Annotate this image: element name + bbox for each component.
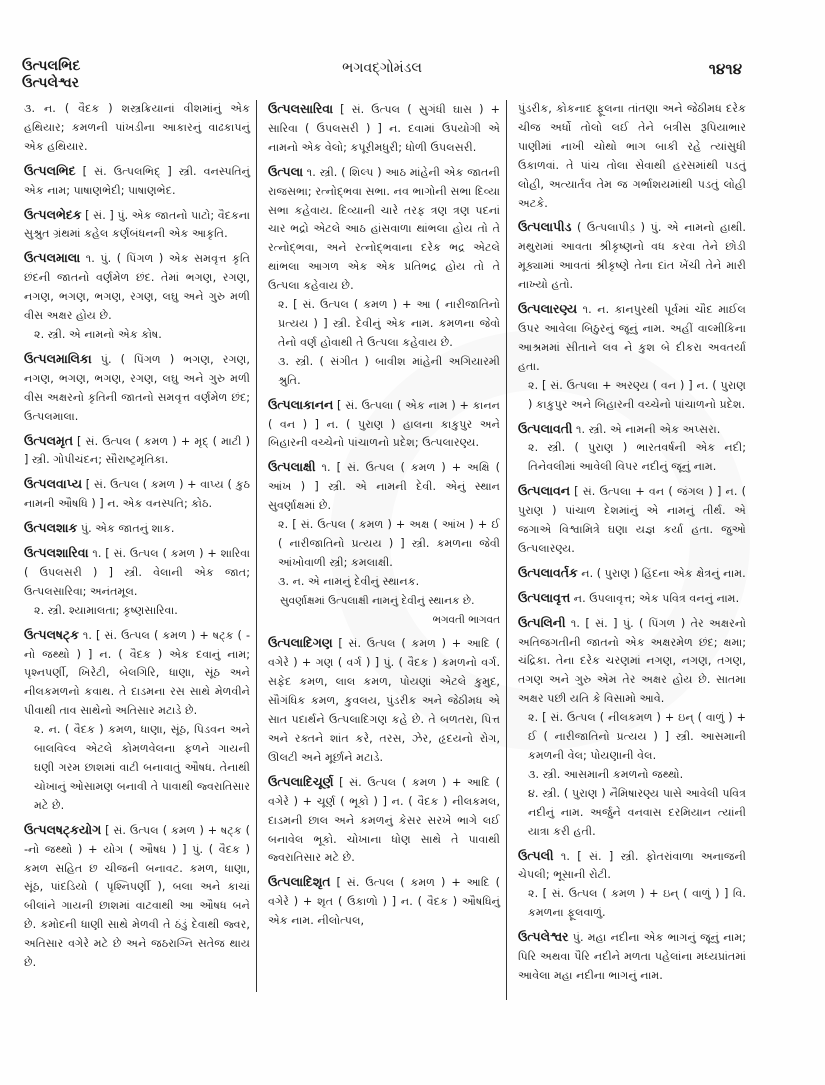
- dictionary-page: ઉત્પલભિદ ઉત્પલેશ્વર ભગવદ્ગોમંડલ ૧૪૧૪ ૩. …: [0, 0, 825, 1085]
- entry-sense: ૪. સ્ત્રી. ( પુરાણ ) નૈમિષારણ્ય પાસે આવે…: [518, 785, 746, 842]
- entry-headword: ઉત્પલભિદ: [24, 163, 76, 178]
- column-1: ૩. ન. ( વૈદક ) શસ્ત્રક્રિયાનાં વીશમાંનું…: [24, 100, 250, 978]
- column-divider: [506, 100, 507, 1000]
- dictionary-entry: ઉત્પલાવર્તક ન. ( પુરાણ ) હિંદના એક ક્ષેત…: [518, 564, 746, 584]
- entry-headword: ઉત્પલી: [518, 848, 554, 863]
- entry-headword: ઉત્પલષટ્ક: [24, 627, 79, 642]
- page-number: ૧૪૧૪: [709, 60, 742, 78]
- entry-sense: ૨. [ સં. ઉત્પલા + અરણ્ય ( વન ) ] ન. ( પુ…: [518, 377, 746, 415]
- entry-sense: ૨. ન. ( વૈદક ) કમળ, ધાણા, સૂંઠ, પિડવન અન…: [24, 721, 250, 816]
- entry-headword: ઉત્પલાવૃત્ત: [518, 590, 570, 605]
- dictionary-entry: ઉત્પલાદિગણ [ સં. ઉત્પલ ( કમળ ) + આદિ ( વ…: [268, 634, 500, 767]
- dictionary-entry: ઉત્પલાપીડ ( ઉત્પલાપીડ઼ ) પું. એ નામનો હા…: [518, 218, 746, 295]
- entry-headword: ઉત્પલાવન: [518, 483, 570, 498]
- guide-word-last: ઉત્પલેશ્વર: [22, 75, 80, 92]
- entry-headword: ઉત્પલભેદક: [24, 207, 82, 222]
- entry-headword: ઉત્પલસારિવા: [268, 101, 333, 116]
- entry-headword: ઉત્પલમૃત: [24, 433, 73, 448]
- entry-definition: પુંડરીક, કોકનાદ ફૂલના તાંતણા અને જેઠીમધ …: [518, 100, 746, 213]
- dictionary-entry: ૩. ન. ( વૈદક ) શસ્ત્રક્રિયાનાં વીશમાંનું…: [24, 100, 250, 157]
- dictionary-entry: ઉત્પલવાપ્ય [ સં. ઉત્પલ ( કમળ ) + વાપ્ય (…: [24, 475, 250, 514]
- entry-headword: ઉત્પલાદિગણ: [268, 635, 333, 650]
- dictionary-entry: ઉત્પલમાલિકા પું. ( પિંગળ ) ભગણ, રગણ, નગણ…: [24, 350, 250, 427]
- dictionary-entry: ઉત્પલષટ્ક ૧. [ સં. ઉત્પલ ( કમળ ) + ષટ્ક …: [24, 626, 250, 816]
- entry-sense: ૨. [ સં. ઉત્પલ ( કમળ ) + આ ( નારીજાતિનો …: [268, 296, 500, 353]
- entry-sense: ૨. [ સં. ઉત્પલ ( કમળ ) + ઇન્ ( વાળું ) ]…: [518, 885, 746, 923]
- dictionary-entry: પુંડરીક, કોકનાદ ફૂલના તાંતણા અને જેઠીમધ …: [518, 100, 746, 213]
- entry-definition: પું. એક જાતનું શાક.: [81, 522, 175, 535]
- dictionary-entry: ઉત્પલાવન [ સં. ઉત્પલા + વન ( જંગલ ) ] ન.…: [518, 482, 746, 559]
- column-3: પુંડરીક, કોકનાદ ફૂલના તાંતણા અને જેઠીમધ …: [518, 100, 746, 991]
- columns: ૩. ન. ( વૈદક ) શસ્ત્રક્રિયાનાં વીશમાંનું…: [24, 100, 746, 1060]
- dictionary-entry: ઉત્પલાવતી ૧. સ્ત્રી. એ નામની એક અપ્સરા.૨…: [518, 420, 746, 478]
- entry-sense: ૨. સ્ત્રી. એ નામનો એક કોષ.: [24, 326, 250, 345]
- entry-sense: ૩. ન. એ નામનું દેવીનું સ્થાનક.: [268, 573, 500, 592]
- entry-headword: ઉત્પલિની: [518, 615, 566, 630]
- entry-sense: ૨. સ્ત્રી. ( પુરાણ ) ભારતવર્ષની એક નદી; …: [518, 439, 746, 477]
- entry-headword: ઉત્પલારણ્ય: [518, 301, 577, 316]
- entry-headword: ઉત્પલવાપ્ય: [24, 476, 82, 491]
- entry-headword: ઉત્પલમાલા: [24, 250, 80, 265]
- dictionary-entry: ઉત્પલાદિચૂર્ણ [ સં. ઉત્પલ ( કમળ ) + આદિ …: [268, 773, 500, 869]
- entry-citation: ભગવતી ભાગવત: [268, 611, 500, 630]
- entry-definition: [ સં. ઉત્પલ ( કમળ ) + ષટ્ક ( -નો જથ્થો )…: [24, 824, 250, 969]
- entry-sense: ૨. સ્ત્રી. શ્યામાલતા; કૃષ્ણસારિવા.: [24, 602, 250, 621]
- dictionary-entry: ઉત્પલશારિવા ૧. [ સં. ઉત્પલ ( કમળ ) + શાર…: [24, 544, 250, 621]
- column-divider: [256, 100, 257, 492]
- entry-sense: ૨. [ સં. ઉત્પલ ( નીલકમળ ) + ઇન્ ( વાળું …: [518, 709, 746, 766]
- page-title: ભગવદ્ગોમંડલ: [22, 60, 742, 76]
- entry-headword: ઉત્પલાવર્તક: [518, 565, 578, 580]
- dictionary-entry: ઉત્પલસારિવા [ સં. ઉત્પલ ( સુગંધી ઘાસ ) +…: [268, 100, 500, 158]
- column-2: ઉત્પલસારિવા [ સં. ઉત્પલ ( સુગંધી ઘાસ ) +…: [268, 100, 500, 936]
- entry-headword: ઉત્પલષટ્કયોગ: [24, 822, 101, 837]
- entry-definition: ન. ( પુરાણ ) હિંદના એક ક્ષેત્રનું નામ.: [581, 567, 745, 580]
- entry-definition: ૧. સ્ત્રી. ( શિલ્પ ) આઠ માંહેની એક જાતની…: [268, 166, 500, 292]
- dictionary-entry: ઉત્પલાદિશૃત [ સં. ઉત્પલ ( કમળ ) + આદિ ( …: [268, 873, 500, 931]
- entry-headword: ઉત્પલાક્ષી: [268, 459, 316, 474]
- entry-sense: ૨. [ સં. ઉત્પલ ( કમળ ) + અક્ષ ( આંખ ) + …: [268, 516, 500, 573]
- entry-quotation: સુવર્ણાક્ષમાં ઉત્પલાક્ષી નામનું દેવીનું …: [268, 592, 500, 611]
- entry-headword: ઉત્પલમાલિકા: [24, 351, 92, 366]
- entry-definition: ૧. સ્ત્રી. એ નામની એક અપ્સરા.: [576, 423, 720, 436]
- column-divider: [256, 492, 257, 992]
- entry-definition: [ સં. ઉત્પલ ( કમળ ) + આદિ ( વગેરે ) + ચૂ…: [268, 776, 500, 865]
- dictionary-entry: ઉત્પલષટ્કયોગ [ સં. ઉત્પલ ( કમળ ) + ષટ્ક …: [24, 821, 250, 973]
- entry-headword: ઉત્પલશારિવા: [24, 545, 89, 560]
- dictionary-entry: ઉત્પલભેદક [ સં. ] પું. એક જાતનો પાટો; વૈ…: [24, 206, 250, 245]
- dictionary-entry: ઉત્પલાવૃત્ત ન. ઉપલાવૃત્ત; એક પવિત્ર વનનુ…: [518, 589, 746, 609]
- entry-headword: ઉત્પલાપીડ: [518, 219, 571, 234]
- entry-headword: ઉત્પલાદિશૃત: [268, 874, 331, 889]
- dictionary-entry: ઉત્પલાકાનન [ સં. ઉત્પલા ( એક નામ ) + કાન…: [268, 396, 500, 454]
- dictionary-entry: ઉત્પલાક્ષી ૧. [ સં. ઉત્પલ ( કમળ ) + અક્ષ…: [268, 458, 500, 629]
- dictionary-entry: ઉત્પલેશ્વર પું. મહા નદીના એક ભાગનું જૂનુ…: [518, 928, 746, 986]
- entry-headword: ઉત્પલશાક: [24, 520, 77, 535]
- entry-headword: ઉત્પલા: [268, 164, 303, 179]
- dictionary-entry: ઉત્પલા ૧. સ્ત્રી. ( શિલ્પ ) આઠ માંહેની એ…: [268, 163, 500, 391]
- entry-headword: ઉત્પલેશ્વર: [518, 929, 568, 944]
- dictionary-entry: ઉત્પલભિદ [ સં. ઉત્પલભિદ્ ] સ્ત્રી. વનસ્પ…: [24, 162, 250, 201]
- entry-headword: ઉત્પલાદિચૂર્ણ: [268, 774, 333, 789]
- dictionary-entry: ઉત્પલમૃત [ સં. ઉત્પલ ( કમળ ) + મૃદ્ ( મા…: [24, 432, 250, 471]
- entry-headword: ઉત્પલાકાનન: [268, 397, 333, 412]
- entry-definition: [ સં. ઉત્પલ ( કમળ ) + આદિ ( વગેરે ) + ગણ…: [268, 637, 500, 763]
- entry-definition: ન. ઉપલાવૃત્ત; એક પવિત્ર વનનું નામ.: [574, 592, 739, 605]
- entry-headword: ઉત્પલાવતી: [518, 421, 572, 436]
- entry-definition: ૩. ન. ( વૈદક ) શસ્ત્રક્રિયાનાં વીશમાંનું…: [24, 100, 250, 157]
- dictionary-entry: ઉત્પલશાક પું. એક જાતનું શાક.: [24, 519, 250, 539]
- dictionary-entry: ઉત્પલિની ૧. [ સં. ] પું. ( પિંગળ ) તેર અ…: [518, 614, 746, 842]
- entry-sense: ૩. સ્ત્રી. આસમાની કમળનો જથ્થો.: [518, 766, 746, 785]
- page-header: ઉત્પલભિદ ઉત્પલેશ્વર ભગવદ્ગોમંડલ ૧૪૧૪: [22, 58, 742, 98]
- dictionary-entry: ઉત્પલી ૧. [ સં. ] સ્ત્રી. ફોતરાંવાળા અના…: [518, 847, 746, 924]
- dictionary-entry: ઉત્પલમાલા ૧. પું. ( પિંગળ ) એક સમવૃત્ત ક…: [24, 249, 250, 345]
- dictionary-entry: ઉત્પલારણ્ય ૧. ન. કાનપુરથી પૂર્વમાં ચૌદ મ…: [518, 300, 746, 414]
- entry-sense: ૩. સ્ત્રી. ( સંગીત ) બાવીશ માંહેની અગિયા…: [268, 353, 500, 391]
